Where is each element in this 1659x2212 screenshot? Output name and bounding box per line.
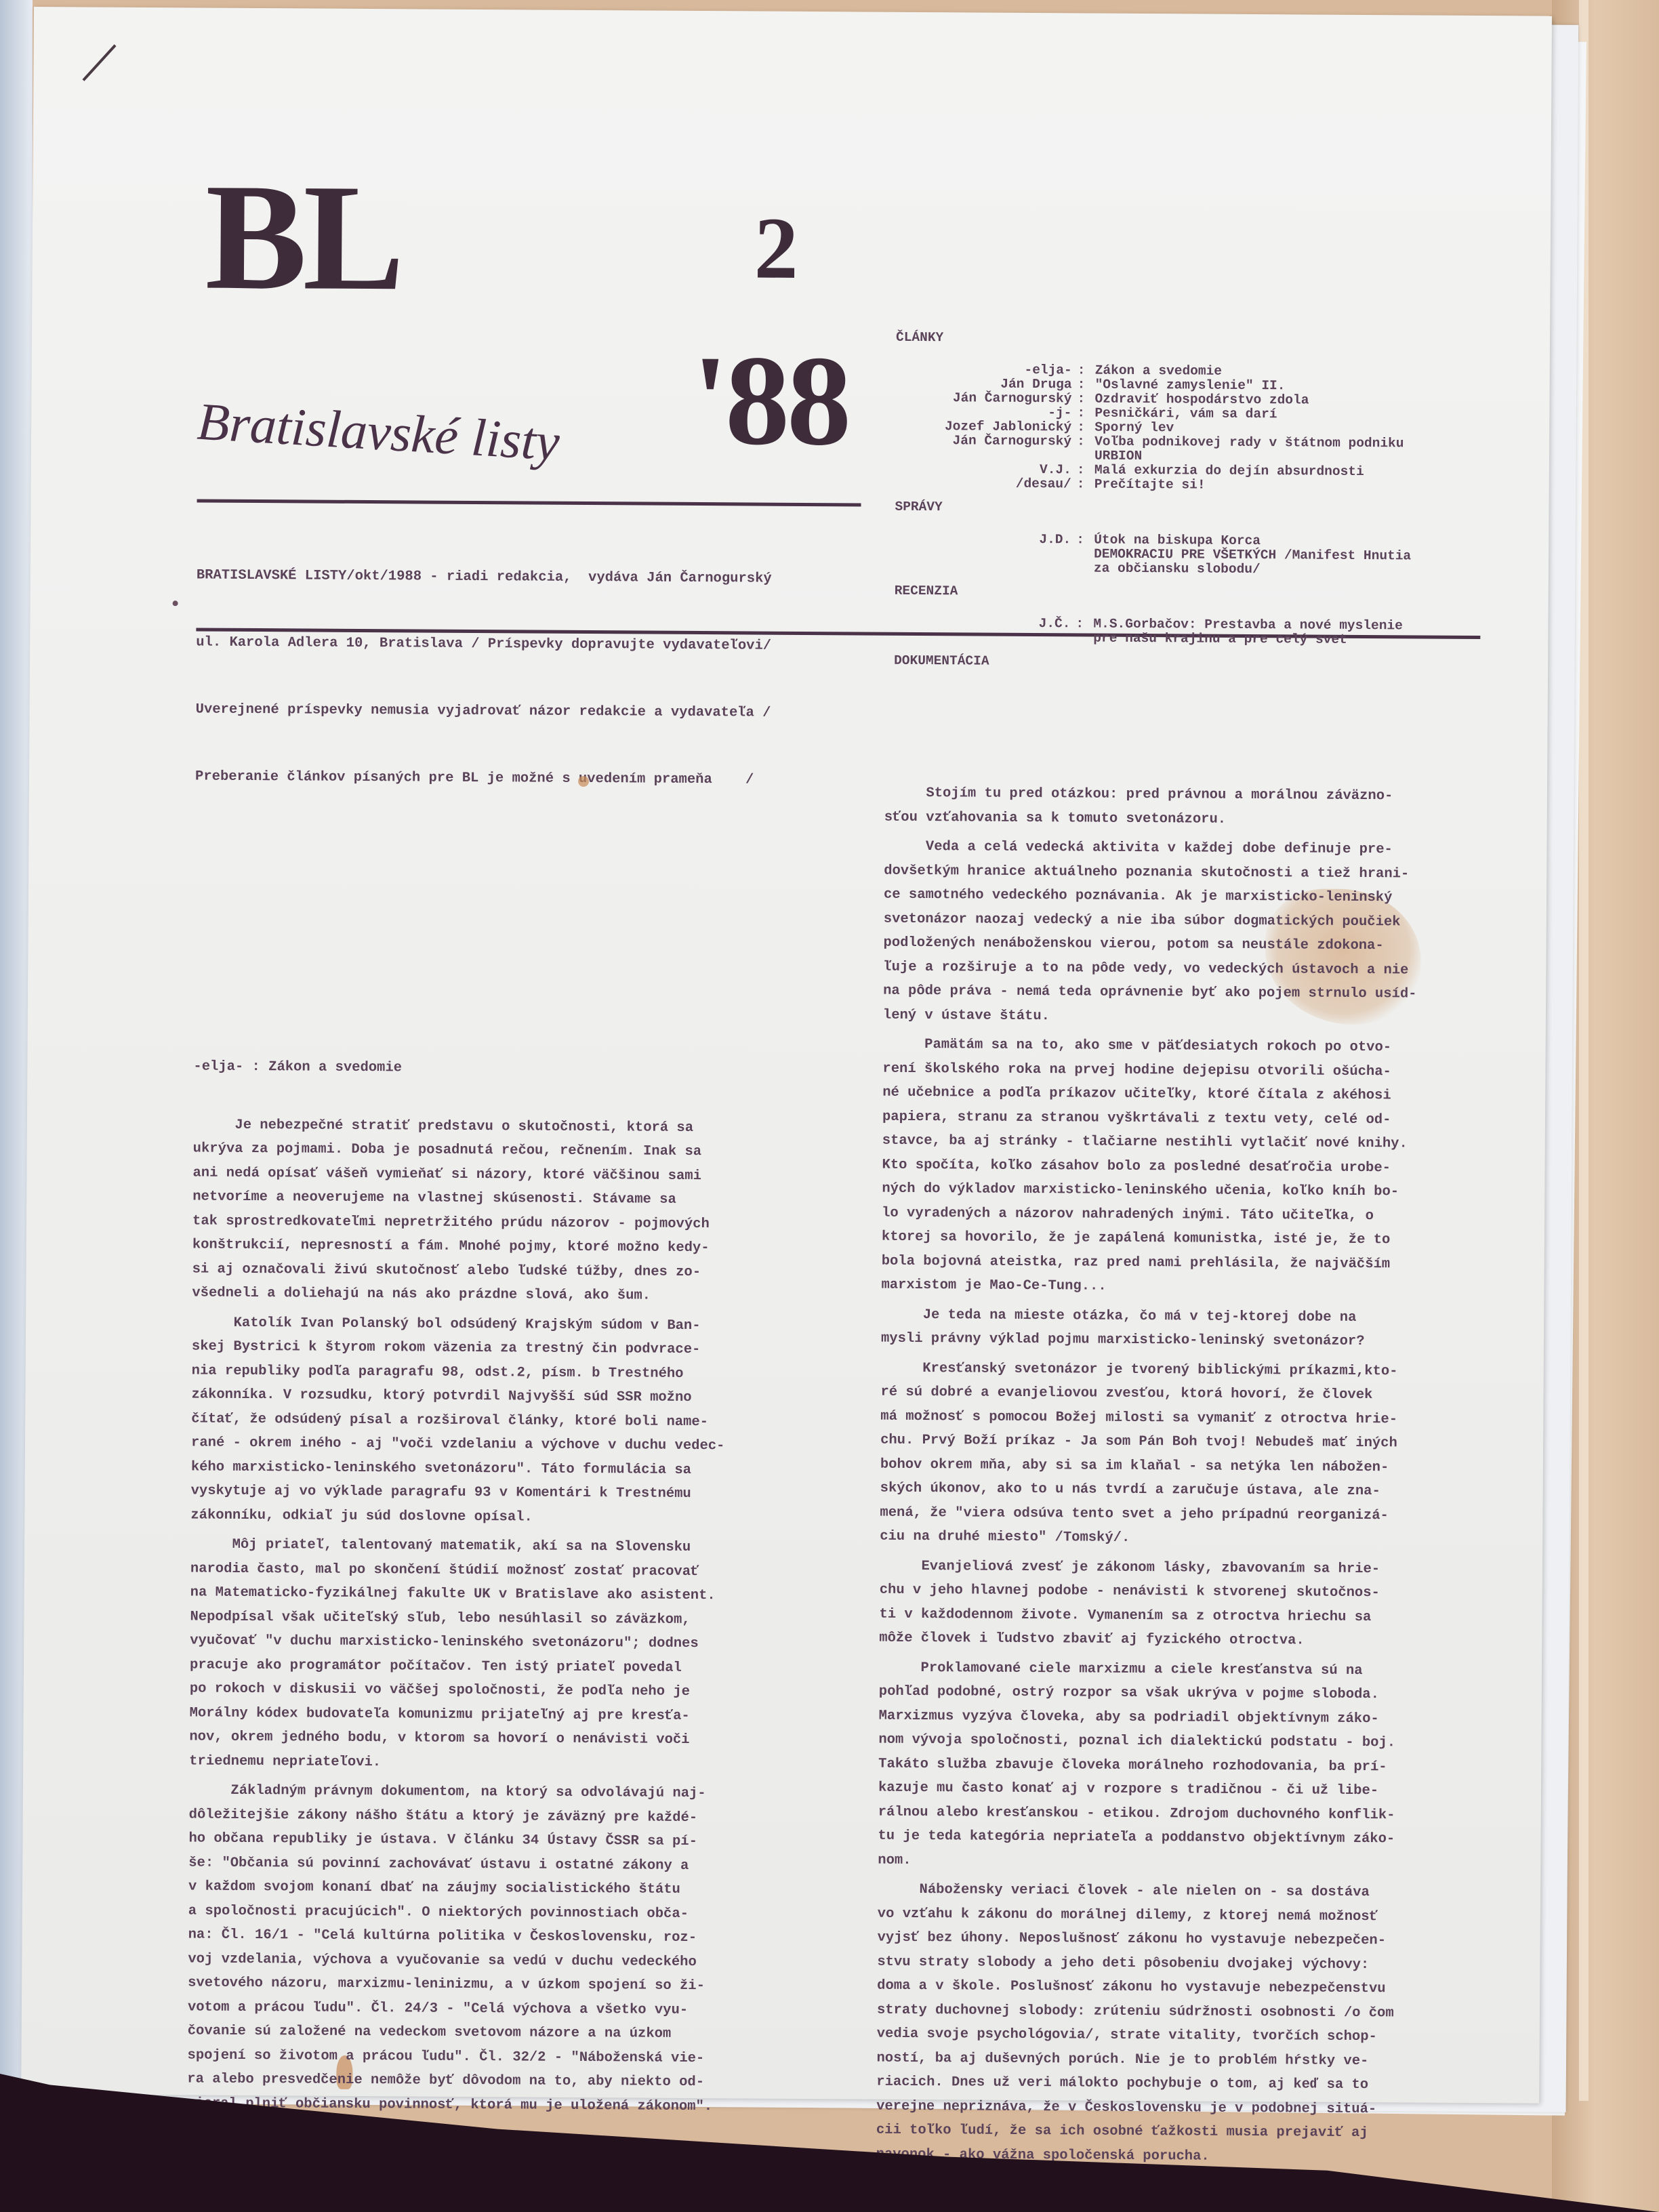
text-line: papiera, stranu za stranou vyškrtávali z… xyxy=(882,1105,1492,1132)
text-line: skej Bystrici k štyrom rokom väzenia za … xyxy=(192,1334,788,1362)
text-line: verejne nepriznáva, že v Československu … xyxy=(876,2094,1486,2122)
text-line: po rokoch v diskusii vo väčšej spoločnos… xyxy=(190,1677,786,1704)
toc-author: Ján Čarnogurský xyxy=(895,434,1077,464)
toc-heading: ČLÁNKY xyxy=(896,331,1506,348)
text-line: ktorej sa hovorilo, že je zapálená komun… xyxy=(882,1225,1492,1253)
text-line: riacich. Dnes už veri málokto pochybuje … xyxy=(876,2070,1486,2098)
text-line: Kto spočíta, koľko zásahov bolo za posle… xyxy=(882,1153,1492,1181)
text-line: netvoríme a neoverujeme na vlastnej skús… xyxy=(192,1185,789,1212)
text-line: še: "Občania sú povinní zachovávať ústav… xyxy=(188,1851,785,1879)
text-line: bola bojovná ateistka, raz pred nami pre… xyxy=(882,1249,1492,1277)
toc-entry: J.Č.:M.S.Gorbačov: Prestavba a nové mysl… xyxy=(894,616,1504,648)
text-line: rané - okrem iného - aj "voči vzdelaniu … xyxy=(191,1431,787,1458)
document-page: BL 2 '88 Bratislavské listy BRATISLAVSKÉ… xyxy=(21,7,1552,2104)
text-line: Základným právnym dokumentom, na ktorý s… xyxy=(189,1778,785,1806)
text-line: kazuje mu často konať aj v rozpore s tra… xyxy=(878,1776,1488,1804)
text-line: a spoločnosti pracujúcich". O niektorých… xyxy=(188,1899,785,1927)
article-paragraph: Proklamované ciele marxizmu a ciele kres… xyxy=(878,1656,1489,1876)
toc-title: M.S.Gorbačov: Prestavba a nové myslenie … xyxy=(1093,617,1504,649)
text-line: môže človek i ľudstvo zbaviť aj fyzickéh… xyxy=(879,1626,1489,1654)
text-line: ra alebo presvedčenie nemôže byť dôvodom… xyxy=(187,2067,783,2095)
article-byline: -elja- : Zákon a svedomie xyxy=(193,1054,790,1082)
article-paragraph: Je teda na mieste otázka, čo má v tej-kt… xyxy=(881,1303,1491,1354)
text-line: dovšetkým hranice aktuálneho poznania sk… xyxy=(884,859,1494,886)
text-line: mysli právny výklad pojmu marxisticko-le… xyxy=(881,1327,1491,1355)
text-line: nia republiky podľa paragrafu 98, odst.2… xyxy=(192,1359,788,1387)
text-line: Nábožensky veriaci človek - ale nielen o… xyxy=(878,1878,1488,1906)
toc-section: RECENZIAJ.Č.:M.S.Gorbačov: Prestavba a n… xyxy=(894,584,1504,648)
text-line: triednemu nepriateľovi. xyxy=(189,1749,785,1777)
text-line: stavce, ba aj stránky - tlačiarne nestih… xyxy=(882,1129,1492,1157)
toc-separator: : xyxy=(1077,406,1094,420)
text-line: ností, ba aj duševných porúch. Nie je to… xyxy=(876,2046,1486,2074)
toc-author: Ján Druga xyxy=(896,377,1078,392)
text-line: Morálny kódex budovateľa komunizmu prija… xyxy=(190,1701,786,1729)
toc-separator: : xyxy=(1076,617,1093,645)
toc-separator: : xyxy=(1076,533,1094,575)
toc-entry: J.D.:Útok na biskupa Korca DEMOKRACIU PR… xyxy=(895,532,1504,578)
text-line: Veda a celá vedecká aktivita v každej do… xyxy=(884,835,1494,863)
article-right-column: Stojím tu pred otázkou: pred právnou a m… xyxy=(876,781,1495,2175)
text-line: vyučovať "v duchu marxisticko-leninského… xyxy=(190,1629,786,1656)
table-of-contents: ČLÁNKY-elja-:Zákon a svedomieJán Druga:"… xyxy=(894,331,1506,689)
toc-author: V.J. xyxy=(895,462,1077,478)
toc-author: -elja- xyxy=(896,363,1078,378)
toc-section: ČLÁNKY-elja-:Zákon a svedomieJán Druga:"… xyxy=(895,331,1506,494)
toc-separator: : xyxy=(1077,463,1094,477)
toc-entry: /desau/:Prečítajte si! xyxy=(895,476,1505,494)
text-line: Marxizmus vyzýva človeka, aby sa podriad… xyxy=(879,1704,1489,1732)
text-line: ľuje a rozširuje a to na pôde vedy, vo v… xyxy=(883,955,1493,983)
text-line: rálnou alebo kresťanskou - etikou. Zdroj… xyxy=(878,1800,1488,1828)
bullet-mark xyxy=(173,600,178,606)
text-line: Je teda na mieste otázka, čo má v tej-kt… xyxy=(881,1303,1491,1330)
toc-title: Prečítajte si! xyxy=(1094,478,1505,495)
toc-author: /desau/ xyxy=(895,476,1077,492)
toc-separator: : xyxy=(1077,420,1094,434)
text-line: pohľad podobné, ostrý rozpor sa však ukr… xyxy=(879,1680,1489,1708)
article-paragraph: Veda a celá vedecká aktivita v každej do… xyxy=(883,835,1494,1031)
text-line: doma a v škole. Poslušnosť zákonu ho vys… xyxy=(877,1974,1487,2002)
text-line: ti v každodennom živote. Vymanením sa z … xyxy=(879,1602,1489,1630)
toc-separator: : xyxy=(1078,363,1095,377)
text-line: svetonázor naozaj vedecký a nie iba súbo… xyxy=(884,907,1494,935)
text-line: marxistom je Mao-Ce-Tung... xyxy=(881,1273,1491,1301)
imprint-line: BRATISLAVSKÉ LISTY/okt/1988 - riadi reda… xyxy=(197,564,861,590)
text-line: pracuje ako programátor počítačov. Ten i… xyxy=(190,1653,786,1681)
text-line: lo vyradených a názorov nahradených iným… xyxy=(882,1201,1492,1229)
text-line: ani nedá opísať vášeň vymieňať si názory… xyxy=(192,1161,789,1189)
text-line: v každom svojom konaní dbať na záujmy so… xyxy=(188,1875,785,1902)
text-line: ciu na druhé miesto" /Tomský/. xyxy=(880,1525,1490,1553)
text-line: dôležitejšie zákony nášho štátu a ktorý … xyxy=(189,1803,785,1830)
toc-separator: : xyxy=(1077,434,1094,463)
toc-heading: DOKUMENTÁCIA xyxy=(894,654,1504,672)
text-line: bohov okrem mňa, aby si sa im klaňal - s… xyxy=(880,1452,1490,1480)
text-line: votom a prácou ľudu". Čl. 24/3 - "Celá v… xyxy=(188,1995,784,2023)
article-paragraph: Pamätám sa na to, ako sme v päťdesiatych… xyxy=(881,1033,1492,1301)
toc-title: Útok na biskupa Korca DEMOKRACIU PRE VŠE… xyxy=(1094,533,1504,579)
text-line: kého marxisticko-leninského svetonázoru"… xyxy=(191,1455,787,1483)
text-line: Nepodpísal však učiteľský sľub, lebo nes… xyxy=(190,1605,786,1633)
masthead-logo: BL xyxy=(205,161,401,314)
toc-separator: : xyxy=(1077,392,1094,406)
staple-icon xyxy=(82,44,116,81)
issue-number: 2 xyxy=(754,205,798,293)
toc-entry: Ján Čarnogurský:Voľba podnikovej rady v … xyxy=(895,434,1505,466)
text-line: konštrukcií, nepresností a fám. Mnohé po… xyxy=(192,1233,789,1261)
toc-title: Voľba podnikovej rady v štátnom podniku … xyxy=(1094,435,1505,466)
text-line: spojení so životom a prácou ľudu". Čl. 3… xyxy=(187,2043,783,2071)
text-line: na Matematicko-fyzikálnej fakulte UK v B… xyxy=(190,1580,787,1608)
text-line: vyskytuje aj vo výklade paragrafu 93 v K… xyxy=(191,1479,787,1507)
toc-author: J.D. xyxy=(895,532,1076,576)
text-line: ukrýva za pojmami. Doba je posadnutá reč… xyxy=(193,1136,790,1164)
text-line: rení školského roka na prvej hodine deje… xyxy=(882,1057,1492,1084)
article-paragraph: Môj priateľ, talentovaný matematik, akí … xyxy=(189,1532,787,1776)
article-paragraph: Evanjeliová zvesť je zákonom lásky, zbav… xyxy=(879,1554,1490,1654)
article-paragraph: Je nebezpečné stratiť predstavu o skutoč… xyxy=(192,1113,790,1309)
text-line: čovanie sú založené na vedeckom svetovom… xyxy=(188,2019,784,2047)
text-line: voj vzdelania, výchova a vyučovanie sa v… xyxy=(188,1947,784,1975)
article-paragraph: Stojím tu pred otázkou: pred právnou a m… xyxy=(884,781,1494,833)
text-line: ré sú dobré a evanjeliovou zvesťou, ktor… xyxy=(880,1380,1490,1408)
article-paragraph: Katolík Ivan Polanský bol odsúdený Krajs… xyxy=(190,1311,788,1531)
toc-heading: SPRÁVY xyxy=(895,500,1504,518)
text-line: všedneli a doliehajú na nás ako prázdne … xyxy=(192,1281,788,1309)
toc-author: J.Č. xyxy=(894,616,1076,646)
text-line: chu v jeho hlavnej podobe - nenávisti k … xyxy=(880,1578,1490,1606)
text-line: Kresťanský svetonázor je tvorený biblick… xyxy=(881,1356,1491,1384)
text-line: nom. xyxy=(878,1848,1488,1876)
text-line: Proklamované ciele marxizmu a ciele kres… xyxy=(879,1656,1489,1683)
article-paragraph: Kresťanský svetonázor je tvorený biblick… xyxy=(880,1356,1491,1552)
toc-section: SPRÁVYJ.D.:Útok na biskupa Korca DEMOKRA… xyxy=(895,500,1505,578)
text-line: Pamätám sa na to, ako sme v päťdesiatych… xyxy=(883,1033,1493,1061)
text-line: sťou vzťahovania sa k tomuto svetonázoru… xyxy=(884,805,1494,833)
text-line: nom vývoja spoločnosti, poznal ich diale… xyxy=(878,1728,1488,1756)
text-line: tu je teda kategória nepriateľa a poddan… xyxy=(878,1824,1488,1852)
text-line: Je nebezpečné stratiť predstavu o skutoč… xyxy=(193,1113,790,1141)
stain xyxy=(578,776,589,787)
text-line: si aj označovali živú skutočnosť alebo ľ… xyxy=(192,1257,789,1285)
masthead-subtitle: Bratislavské listy xyxy=(196,391,561,473)
text-line: podložených nenáboženskou vierou, potom … xyxy=(883,931,1493,959)
text-line: ce samotného vedeckého poznávania. Ak je… xyxy=(884,883,1494,911)
text-line: čítať, že odsúdený písal a rozširoval čl… xyxy=(191,1407,787,1435)
toc-section: DOKUMENTÁCIA xyxy=(894,654,1504,672)
text-line: chu. Prvý Boží príkaz - Ja som Pán Boh t… xyxy=(880,1429,1490,1456)
text-line: zákonníka. V rozsudku, ktorý potvrdil Na… xyxy=(191,1382,787,1410)
imprint-line: ul. Karola Adlera 10, Bratislava / Prísp… xyxy=(196,631,860,657)
text-line: narodia často, mal po skončení štúdií mo… xyxy=(190,1557,787,1584)
article-paragraph: Nábožensky veriaci človek - ale nielen o… xyxy=(876,1878,1488,2170)
text-line: Katolík Ivan Polanský bol odsúdený Krajs… xyxy=(192,1311,788,1338)
imprint-line: Preberanie článkov písaných pre BL je mo… xyxy=(195,765,859,792)
toc-author: Ján Čarnogurský xyxy=(895,391,1077,407)
text-line: zákonníku, odkiaľ ju súd doslovne opísal… xyxy=(190,1503,787,1531)
text-line: straty duchovnej slobody: zrúteniu súdrž… xyxy=(877,1998,1487,2026)
text-line: ských úkonov, ako to u nás tvrdí a zaruč… xyxy=(880,1477,1490,1504)
text-line: cii toľko ľudí, že sa ich osobné ťažkost… xyxy=(876,2118,1486,2146)
text-line: ných do výkladov marxisticko-leninského … xyxy=(882,1177,1492,1205)
text-line: vyjsť bez úhony. Neposlušnosť zákonu ho … xyxy=(878,1926,1488,1954)
text-line: nov, okrem jedného bodu, v ktorom sa hov… xyxy=(189,1725,785,1753)
text-line: Môj priateľ, talentovaný matematik, akí … xyxy=(190,1532,787,1560)
toc-author: -j- xyxy=(895,405,1077,421)
text-line: né učebnice a podľa príkazov učiteľky, k… xyxy=(882,1081,1492,1109)
text-line: Stojím tu pred otázkou: pred právnou a m… xyxy=(884,781,1494,809)
text-line: vo vzťahu k zákonu do morálnej dilemy, z… xyxy=(878,1902,1488,1929)
text-line: svetového názoru, marxizmu-leninizmu, a … xyxy=(188,1971,784,1999)
text-line: má možnosť s pomocou Božej milosti sa vy… xyxy=(880,1404,1490,1432)
divider xyxy=(197,499,861,506)
toc-author: Jozef Jablonický xyxy=(895,419,1077,435)
imprint-line: Uverejnené príspevky nemusia vyjadrovať … xyxy=(196,698,860,724)
text-line: Takáto služba zbavuje človeka morálneho … xyxy=(878,1752,1488,1780)
text-line: Evanjeliová zvesť je zákonom lásky, zbav… xyxy=(880,1554,1490,1582)
text-line: lený v ústave štátu. xyxy=(883,1003,1493,1031)
toc-separator: : xyxy=(1078,377,1095,392)
imprint: BRATISLAVSKÉ LISTY/okt/1988 - riadi reda… xyxy=(195,519,861,836)
text-line: tak sprostredkovateľmi nepretržitého prú… xyxy=(192,1209,789,1237)
issue-year: '88 xyxy=(692,336,849,466)
article-paragraph: Základným právnym dokumentom, na ktorý s… xyxy=(187,1778,785,2118)
text-line: ho občana republiky je ústava. V článku … xyxy=(188,1826,785,1854)
toc-heading: RECENZIA xyxy=(895,584,1504,602)
text-line: stvu straty slobody a jeho deti pôsobeni… xyxy=(877,1950,1487,1978)
text-line: vedia svoje psychológovia/, strate vital… xyxy=(877,2022,1487,2050)
text-line: mená, že "viera odsúva tento svet a jeho… xyxy=(880,1500,1490,1528)
article-left-column: -elja- : Zákon a svedomie Je nebezpečné … xyxy=(187,1054,790,2124)
toc-separator: : xyxy=(1077,477,1094,491)
text-line: na: Čl. 16/1 - "Celá kultúrna politika v… xyxy=(188,1923,785,1950)
text-line: na pôde práva - nemá teda oprávnenie byť… xyxy=(883,979,1493,1007)
